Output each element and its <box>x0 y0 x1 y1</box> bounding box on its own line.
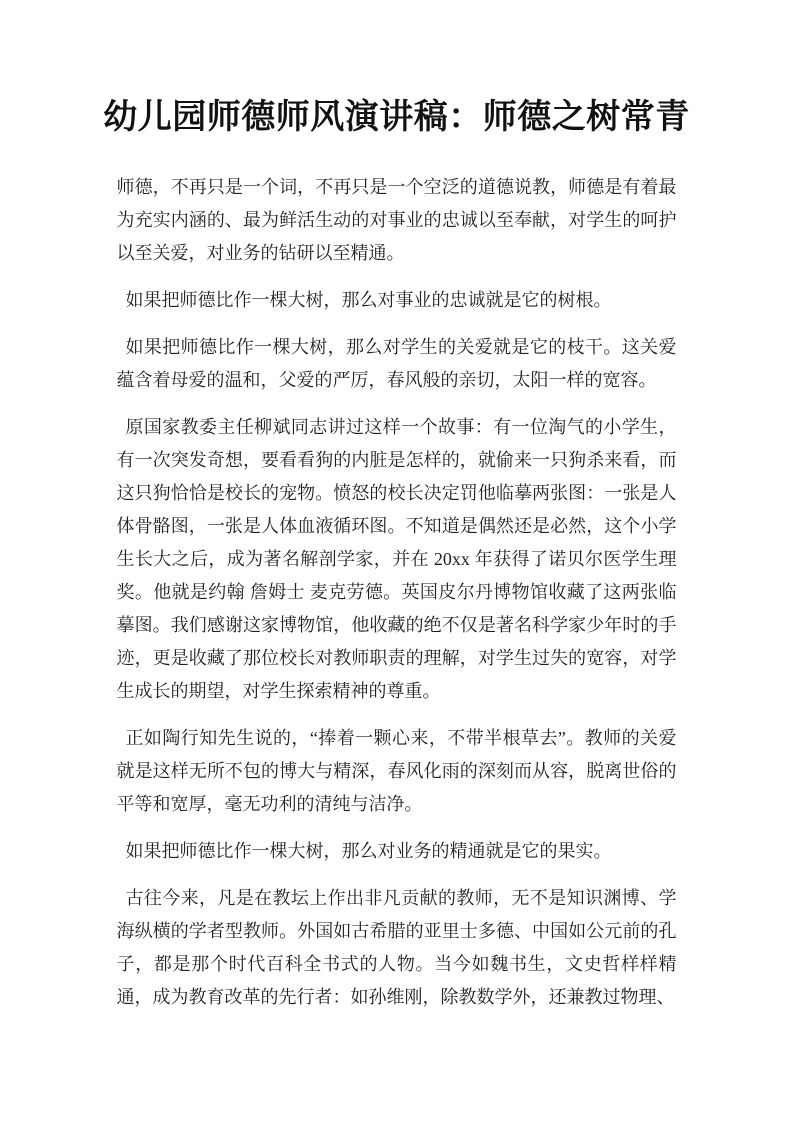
paragraph: 师德，不再只是一个词，不再只是一个空泛的道德说教，师德是有着最为充实内涵的、最为… <box>117 171 677 270</box>
document-body: 师德，不再只是一个词，不再只是一个空泛的道德说教，师德是有着最为充实内涵的、最为… <box>117 171 677 1014</box>
paragraph: 正如陶行知先生说的，“捧着一颗心来，不带半根草去”。教师的关爱就是这样无所不包的… <box>117 722 677 821</box>
paragraph: 原国家教委主任柳斌同志讲过这样一个故事：有一位淘气的小学生，有一次突发奇想，要看… <box>117 411 677 708</box>
document-page: 幼儿园师德师风演讲稿：师德之树常青 师德，不再只是一个词，不再只是一个空泛的道德… <box>0 0 793 1122</box>
paragraph: 如果把师德比作一棵大树，那么对学生的关爱就是它的枝干。这关爱蕴含着母爱的温和，父… <box>117 331 677 397</box>
paragraph: 如果把师德比作一棵大树，那么对事业的忠诚就是它的树根。 <box>117 284 677 317</box>
document-title: 幼儿园师德师风演讲稿：师德之树常青 <box>0 0 793 140</box>
paragraph: 如果把师德比作一棵大树，那么对业务的精通就是它的果实。 <box>117 835 677 868</box>
paragraph: 古往今来，凡是在教坛上作出非凡贡献的教师，无不是知识渊博、学海纵横的学者型教师。… <box>117 882 677 1014</box>
